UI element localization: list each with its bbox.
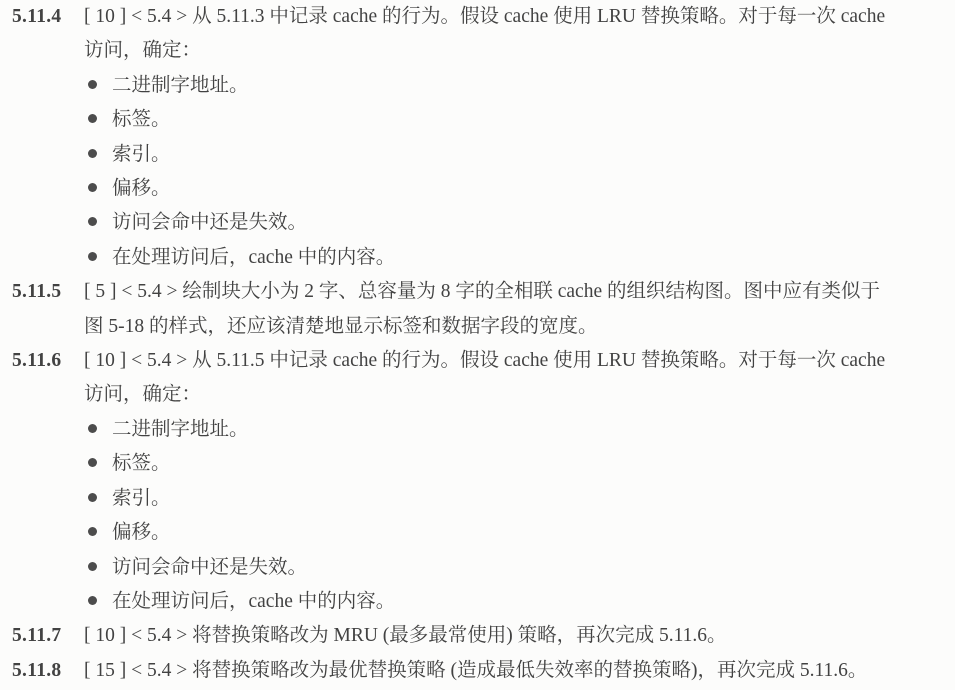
bullet-item: 偏移。 bbox=[88, 172, 955, 206]
bullet-item: 二进制字地址。 bbox=[88, 69, 955, 103]
bullet-dot-icon bbox=[88, 149, 97, 158]
bullet-dot-icon bbox=[88, 527, 97, 536]
bullet-text: 访问会命中还是失效。 bbox=[112, 212, 307, 233]
bullet-dot-icon bbox=[88, 183, 97, 192]
bullet-text: 偏移。 bbox=[112, 522, 171, 543]
bullet-dot-icon bbox=[88, 596, 97, 605]
problem-text-line: [ 10 ] < 5.4 > 将替换策略改为 MRU (最多最常使用) 策略，再… bbox=[84, 619, 955, 653]
problem-text-line: [ 10 ] < 5.4 > 从 5.11.5 中记录 cache 的行为。假设… bbox=[84, 344, 955, 378]
bullet-item: 访问会命中还是失效。 bbox=[88, 551, 955, 585]
bullet-item: 在处理访问后，cache 中的内容。 bbox=[88, 241, 955, 275]
bullet-dot-icon bbox=[88, 458, 97, 467]
problem-item-5-11-7: 5.11.7 [ 10 ] < 5.4 > 将替换策略改为 MRU (最多最常使… bbox=[0, 619, 955, 653]
bullet-dot-icon bbox=[88, 493, 97, 502]
bullet-dot-icon bbox=[88, 562, 97, 571]
problem-text-line: [ 5 ] < 5.4 > 绘制块大小为 2 字、总容量为 8 字的全相联 ca… bbox=[84, 275, 955, 309]
problem-item-5-11-8: 5.11.8 [ 15 ] < 5.4 > 将替换策略改为最优替换策略 (造成最… bbox=[0, 654, 955, 688]
problem-number: 5.11.6 bbox=[12, 344, 61, 378]
bullet-dot-icon bbox=[88, 114, 97, 123]
bullet-item: 索引。 bbox=[88, 482, 955, 516]
bullet-dot-icon bbox=[88, 424, 97, 433]
bullet-text: 索引。 bbox=[112, 488, 171, 509]
bullet-text: 在处理访问后，cache 中的内容。 bbox=[112, 591, 395, 612]
bullet-dot-icon bbox=[88, 217, 97, 226]
bullet-item: 标签。 bbox=[88, 447, 955, 481]
bullet-item: 二进制字地址。 bbox=[88, 413, 955, 447]
problem-number: 5.11.7 bbox=[12, 619, 61, 653]
bullet-dot-icon bbox=[88, 252, 97, 261]
problem-item-5-11-6: 5.11.6 [ 10 ] < 5.4 > 从 5.11.5 中记录 cache… bbox=[0, 344, 955, 619]
problem-text-line: 访问，确定： bbox=[84, 34, 955, 68]
problem-text-line: [ 15 ] < 5.4 > 将替换策略改为最优替换策略 (造成最低失效率的替换… bbox=[84, 654, 955, 688]
bullet-text: 访问会命中还是失效。 bbox=[112, 557, 307, 578]
bullet-item: 在处理访问后，cache 中的内容。 bbox=[88, 585, 955, 619]
problem-text-line: [ 10 ] < 5.4 > 从 5.11.3 中记录 cache 的行为。假设… bbox=[84, 0, 955, 34]
bullet-text: 标签。 bbox=[112, 109, 171, 130]
bullet-text: 在处理访问后，cache 中的内容。 bbox=[112, 247, 395, 268]
bullet-text: 偏移。 bbox=[112, 178, 171, 199]
bullet-text: 标签。 bbox=[112, 453, 171, 474]
problem-item-5-11-4: 5.11.4 [ 10 ] < 5.4 > 从 5.11.3 中记录 cache… bbox=[0, 0, 955, 275]
bullet-item: 索引。 bbox=[88, 138, 955, 172]
bullet-text: 索引。 bbox=[112, 144, 171, 165]
document-page: 5.11.4 [ 10 ] < 5.4 > 从 5.11.3 中记录 cache… bbox=[0, 0, 955, 690]
problem-number: 5.11.5 bbox=[12, 275, 61, 309]
bullet-item: 访问会命中还是失效。 bbox=[88, 206, 955, 240]
bullet-dot-icon bbox=[88, 80, 97, 89]
problem-text-line: 图 5-18 的样式，还应该清楚地显示标签和数据字段的宽度。 bbox=[84, 310, 955, 344]
problem-number: 5.11.8 bbox=[12, 654, 61, 688]
problem-text-line: 访问，确定： bbox=[84, 378, 955, 412]
problem-item-5-11-5: 5.11.5 [ 5 ] < 5.4 > 绘制块大小为 2 字、总容量为 8 字… bbox=[0, 275, 955, 344]
bullet-text: 二进制字地址。 bbox=[112, 75, 249, 96]
bullet-item: 偏移。 bbox=[88, 516, 955, 550]
problem-number: 5.11.4 bbox=[12, 0, 61, 34]
bullet-text: 二进制字地址。 bbox=[112, 419, 249, 440]
bullet-item: 标签。 bbox=[88, 103, 955, 137]
